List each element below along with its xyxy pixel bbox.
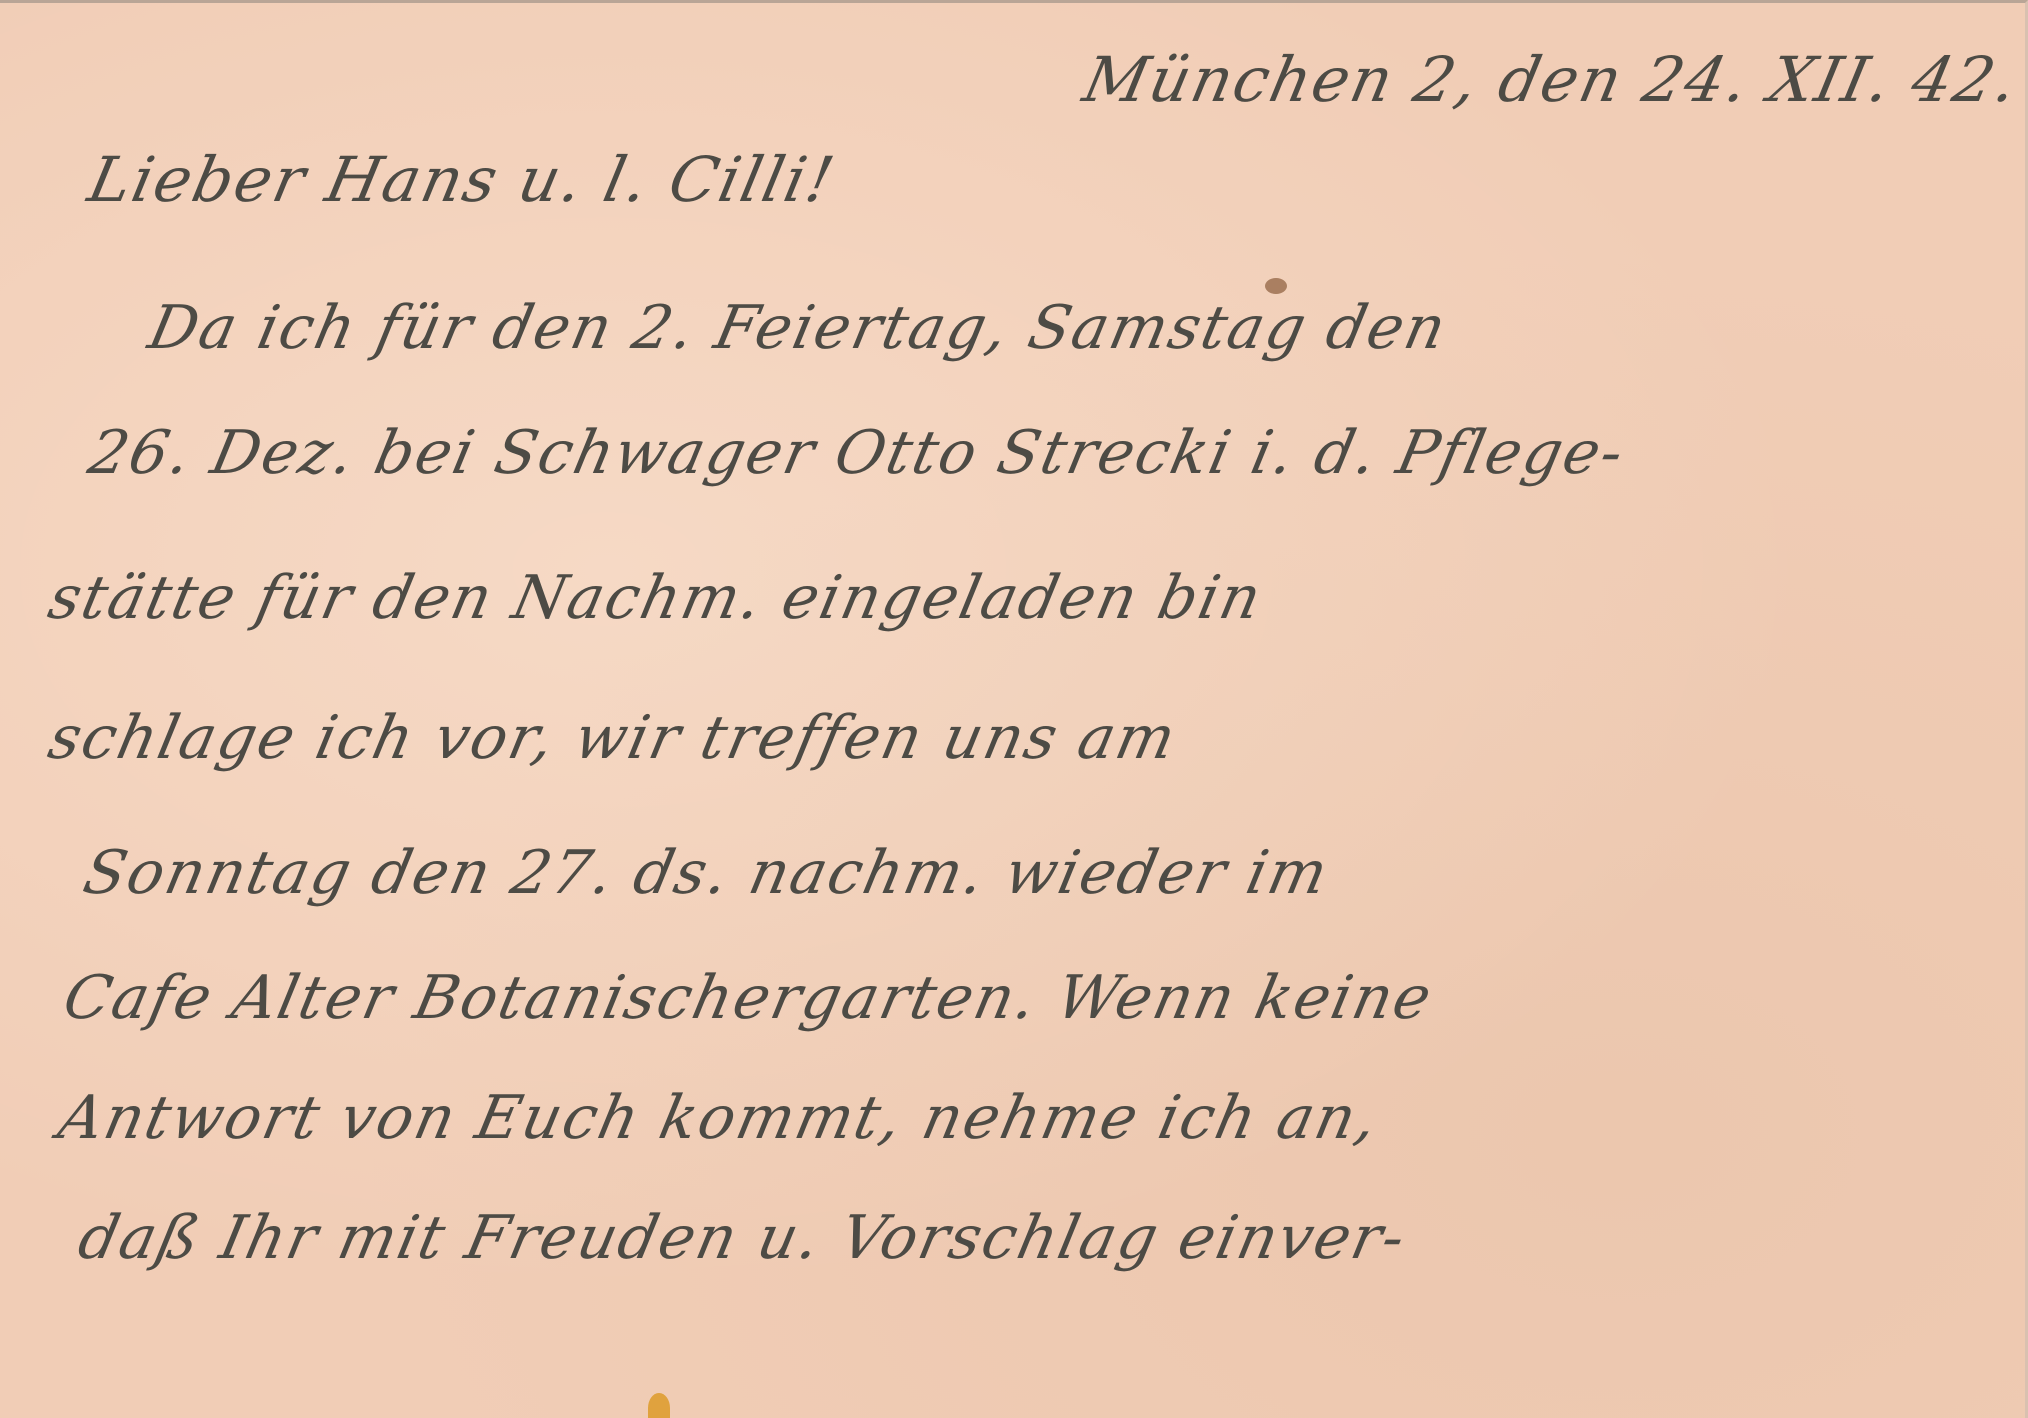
letter-body-line: 26. Dez. bei Schwager Otto Strecki i. d.… xyxy=(83,418,1632,488)
letter-body-line: Cafe Alter Botanischergarten. Wenn keine xyxy=(58,963,1440,1033)
letter-body-line: schlage ich vor, wir treffen uns am xyxy=(43,703,1184,773)
letter-body-line: Antwort von Euch kommt, nehme ich an, xyxy=(53,1083,1386,1153)
postcard: München 2, den 24. XII. 42. Lieber Hans … xyxy=(0,0,2028,1418)
letter-body-line: Sonntag den 27. ds. nachm. wieder im xyxy=(78,838,1336,908)
ink-stain xyxy=(1265,278,1287,294)
orange-stain xyxy=(648,1393,670,1418)
letter-body-line: Da ich für den 2. Feiertag, Samstag den xyxy=(143,293,1454,363)
letter-date-header: München 2, den 24. XII. 42. xyxy=(1077,43,2025,116)
letter-salutation: Lieber Hans u. l. Cilli! xyxy=(82,143,842,216)
letter-body-line: daß Ihr mit Freuden u. Vorschlag einver- xyxy=(73,1203,1413,1273)
letter-body-line: stätte für den Nachm. eingeladen bin xyxy=(43,563,1269,633)
